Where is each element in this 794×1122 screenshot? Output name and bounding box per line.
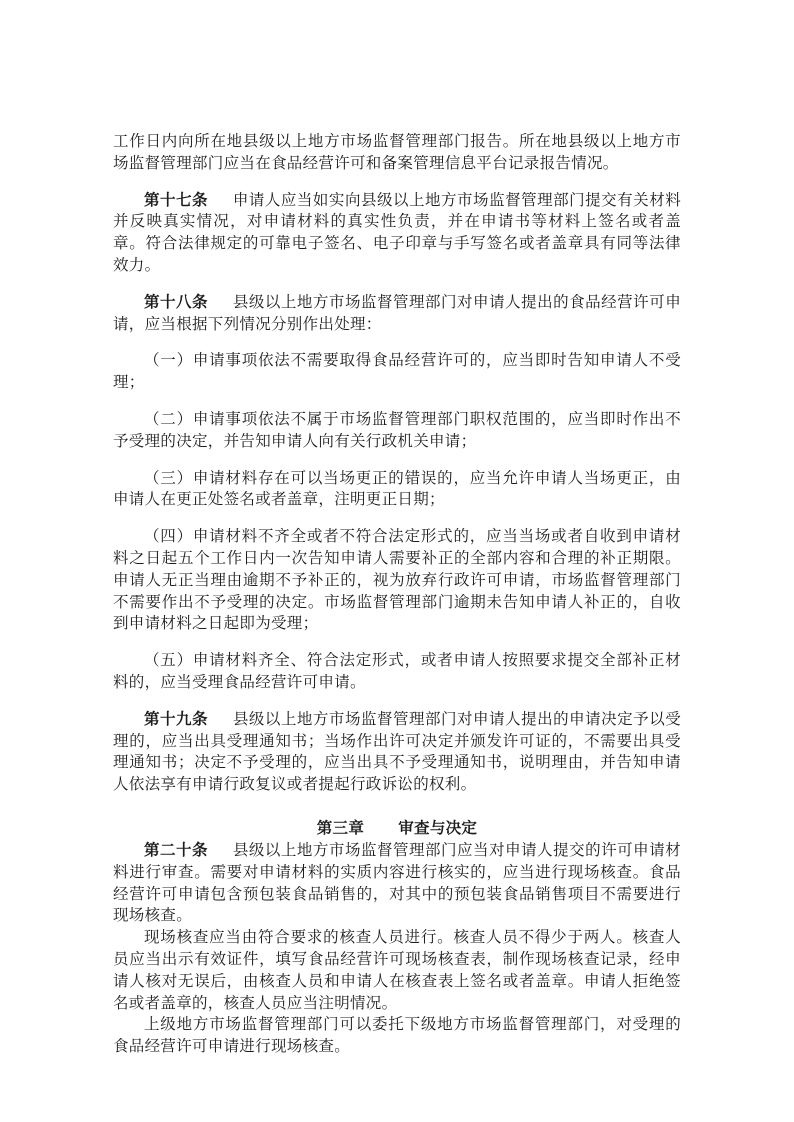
paragraph-text: 现场核查应当由符合要求的核查人员进行。核查人员不得少于两人。核查人员应当出示有效…: [113, 929, 681, 1011]
article-19-paragraph: 第十九条县级以上地方市场监督管理部门对申请人提出的申请决定予以受理的，应当出具受…: [113, 709, 681, 796]
article-17-paragraph: 第十七条申请人应当如实向县级以上地方市场监督管理部门提交有关材料并反映真实情况，…: [113, 190, 681, 277]
chapter-heading: 第三章审查与决定: [113, 818, 681, 840]
article-18-paragraph: 第十八条县级以上地方市场监督管理部门对申请人提出的食品经营许可申请，应当根据下列…: [113, 292, 681, 336]
paragraph-text: （二）申请事项依法不属于市场监督管理部门职权范围的，应当即时作出不予受理的决定，…: [113, 411, 681, 450]
chapter-title: 审查与决定: [398, 820, 477, 837]
article-number: 第十七条: [144, 192, 208, 209]
paragraph-text: （五）申请材料齐全、符合法定形式，或者申请人按照要求提交全部补正材料的，应当受理…: [113, 652, 681, 691]
paragraph-text: 工作日内向所在地县级以上地方市场监督管理部门报告。所在地县级以上地方市场监督管理…: [113, 133, 681, 172]
delegation-paragraph: 上级地方市场监督管理部门可以委托下级地方市场监督管理部门，对受理的食品经营许可申…: [113, 1014, 681, 1058]
list-item-3: （三）申请材料存在可以当场更正的错误的，应当允许申请人当场更正，由申请人在更正处…: [113, 468, 681, 512]
list-item-5: （五）申请材料齐全、符合法定形式，或者申请人按照要求提交全部补正材料的，应当受理…: [113, 650, 681, 694]
article-number: 第二十条: [144, 842, 208, 859]
list-item-4: （四）申请材料不齐全或者不符合法定形式的，应当当场或者自收到申请材料之日起五个工…: [113, 526, 681, 635]
list-item-1: （一）申请事项依法不需要取得食品经营许可的，应当即时告知申请人不受理；: [113, 350, 681, 394]
paragraph-text: （一）申请事项依法不需要取得食品经营许可的，应当即时告知申请人不受理；: [113, 352, 681, 391]
article-number: 第十九条: [144, 711, 208, 728]
chapter-number: 第三章: [317, 820, 364, 837]
article-20-paragraph: 第二十条县级以上地方市场监督管理部门应当对申请人提交的许可申请材料进行审查。需要…: [113, 840, 681, 927]
paragraph-text: 上级地方市场监督管理部门可以委托下级地方市场监督管理部门，对受理的食品经营许可申…: [113, 1016, 681, 1055]
paragraph-text: （三）申请材料存在可以当场更正的错误的，应当允许申请人当场更正，由申请人在更正处…: [113, 470, 681, 509]
list-item-2: （二）申请事项依法不属于市场监督管理部门职权范围的，应当即时作出不予受理的决定，…: [113, 409, 681, 453]
paragraph-text: （四）申请材料不齐全或者不符合法定形式的，应当当场或者自收到申请材料之日起五个工…: [113, 528, 681, 632]
article-number: 第十八条: [144, 294, 208, 311]
continued-paragraph: 工作日内向所在地县级以上地方市场监督管理部门报告。所在地县级以上地方市场监督管理…: [113, 131, 681, 175]
onsite-check-paragraph: 现场核查应当由符合要求的核查人员进行。核查人员不得少于两人。核查人员应当出示有效…: [113, 927, 681, 1014]
document-page: 工作日内向所在地县级以上地方市场监督管理部门报告。所在地县级以上地方市场监督管理…: [0, 0, 794, 1122]
